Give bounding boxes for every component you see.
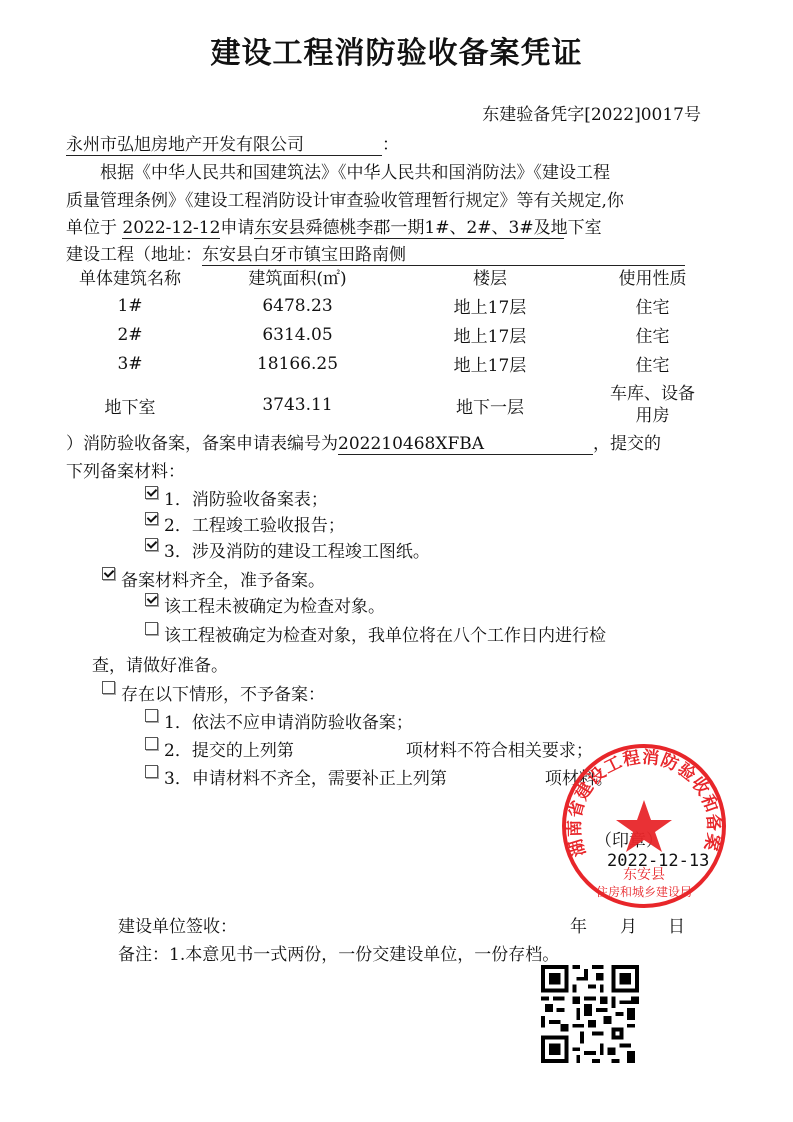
note: 备注：1.本意见书一式两份，一份交建设单位，一份存档。: [118, 940, 559, 965]
rejected-item-2: 2．提交的上列第项材料不符合相关要求；: [145, 736, 593, 761]
checkbox-unchecked[interactable]: [145, 622, 158, 635]
rejected-option: 存在以下情形，不予备案：: [102, 680, 325, 705]
paragraph-line-1: 根据《中华人民共和国建筑法》《中华人民共和国消防法》《建设工程: [100, 158, 610, 183]
header-floors: 楼层: [395, 264, 585, 289]
checkbox-unchecked[interactable]: [145, 737, 158, 750]
qr-code-icon[interactable]: [541, 965, 639, 1063]
checkbox-checked[interactable]: [145, 593, 158, 606]
material-label: 2．工程竣工验收报告；: [164, 516, 345, 536]
building-table: 单体建筑名称 建筑面积(㎡) 楼层 使用性质 1# 6478.23 地上17层 …: [60, 262, 720, 432]
not-inspection-label: 该工程未被确定为检查对象。: [164, 597, 385, 617]
rejected-item-label: 3．申请材料不齐全，需要补正上列第: [164, 769, 447, 789]
header-name: 单体建筑名称: [60, 264, 200, 289]
checkbox-checked[interactable]: [145, 512, 158, 525]
signoff-day: 日: [668, 912, 685, 937]
rejected-item-label: 2．提交的上列第: [164, 741, 294, 761]
material-label: 1．消防验收备案表；: [164, 490, 328, 510]
material-item-3: 3．涉及消防的建设工程竣工图纸。: [145, 537, 430, 562]
table-row: 1# 6478.23 地上17层 住宅: [60, 291, 720, 320]
table-row: 2# 6314.05 地上17层 住宅: [60, 320, 720, 349]
checkbox-checked[interactable]: [145, 538, 158, 551]
header-area: 建筑面积(㎡): [200, 264, 395, 289]
document-title: 建设工程消防验收备案凭证: [0, 28, 793, 72]
cell-floors: 地上17层: [395, 322, 585, 347]
checkbox-unchecked[interactable]: [145, 765, 158, 778]
seal-org-line-1: 东安县: [560, 864, 728, 884]
not-inspection-option: 该工程未被确定为检查对象。: [145, 592, 385, 617]
rejected-item-label: 1．依法不应申请消防验收备案；: [164, 713, 413, 733]
cell-area: 6314.05: [200, 325, 395, 345]
cell-name: 2#: [60, 325, 200, 345]
apply-date: 2022-12-12: [122, 218, 220, 239]
filing-line-1: ）消防验收备案，备案申请表编号为202210468XFBA，提交的: [66, 429, 661, 455]
inspection-option: 该工程被确定为检查对象，我单位将在八个工作日内进行检: [145, 621, 606, 646]
signoff-label: 建设单位签收：: [118, 912, 237, 937]
checkbox-checked[interactable]: [145, 486, 158, 499]
cell-name: 1#: [60, 296, 200, 316]
cell-name: 3#: [60, 354, 200, 374]
svg-text:湖南省建设工程消防验收和备案抽查专用章: 湖南省建设工程消防验收和备案抽查专用章: [560, 742, 724, 859]
official-seal: 湖南省建设工程消防验收和备案抽查专用章 东安县 住房和城乡建设局: [560, 742, 728, 910]
signoff-month: 月: [620, 912, 637, 937]
document-number: 东建验备凭字[2022]0017号: [482, 100, 701, 125]
recipient-name: 永州市弘旭房地产开发有限公司: [66, 135, 382, 156]
cell-floors: 地上17层: [395, 351, 585, 376]
recipient-suffix: ：: [382, 135, 399, 155]
rejected-item-3: 3．申请材料不齐全，需要补正上列第项材料。: [145, 764, 613, 789]
inspection-line-2: 查，请做好准备。: [92, 651, 228, 676]
paragraph-line-2: 质量管理条例》《建设工程消防设计审查验收管理暂行规定》等有关规定,你: [66, 186, 624, 211]
approved-option: 备案材料齐全，准予备案。: [102, 566, 325, 591]
cell-usage: 住宅: [585, 293, 720, 318]
table-row: 3# 18166.25 地上17层 住宅: [60, 349, 720, 378]
table-row: 地下室 3743.11 地下一层 车库、设备用房: [60, 378, 720, 432]
paragraph-line-3: 单位于 2022-12-12申请东安县舜德桃李郡一期1#、2#、3#及地下室: [66, 213, 564, 239]
filing-suffix: ，提交的: [593, 434, 661, 454]
inspection-label: 该工程被确定为检查对象，我单位将在八个工作日内进行检: [164, 626, 606, 646]
cell-floors: 地上17层: [395, 293, 585, 318]
cell-usage: 车库、设备用房: [585, 383, 720, 427]
cell-area: 18166.25: [200, 354, 395, 374]
form-number: 202210468XFBA: [338, 434, 593, 455]
rejected-item-1: 1．依法不应申请消防验收备案；: [145, 708, 413, 733]
line3-prefix: 单位于: [66, 218, 117, 238]
rejected-label: 存在以下情形，不予备案：: [121, 685, 325, 705]
cell-floors: 地下一层: [395, 393, 585, 418]
cell-name: 地下室: [60, 393, 200, 418]
seal-org-line-2: 住房和城乡建设局: [560, 883, 728, 900]
filing-prefix: ）消防验收备案，备案申请表编号为: [66, 434, 338, 454]
table-header: 单体建筑名称 建筑面积(㎡) 楼层 使用性质: [60, 262, 720, 291]
cell-area: 6478.23: [200, 296, 395, 316]
material-label: 3．涉及消防的建设工程竣工图纸。: [164, 542, 430, 562]
checkbox-checked[interactable]: [102, 567, 115, 580]
material-item-1: 1．消防验收备案表；: [145, 485, 328, 510]
checkbox-unchecked[interactable]: [102, 681, 115, 694]
material-item-2: 2．工程竣工验收报告；: [145, 511, 345, 536]
recipient-line: 永州市弘旭房地产开发有限公司：: [66, 130, 399, 156]
line3-mid: 申请: [220, 218, 254, 238]
checkbox-unchecked[interactable]: [145, 709, 158, 722]
filing-line-2: 下列备案材料：: [66, 457, 185, 482]
signoff-year: 年: [570, 912, 587, 937]
cell-usage: 住宅: [585, 322, 720, 347]
project-name: 东安县舜德桃李郡一期1#、2#、3#及地下室: [254, 218, 564, 239]
header-usage: 使用性质: [585, 264, 720, 289]
approved-label: 备案材料齐全，准予备案。: [121, 571, 325, 591]
cell-usage: 住宅: [585, 351, 720, 376]
cell-area: 3743.11: [200, 395, 395, 415]
